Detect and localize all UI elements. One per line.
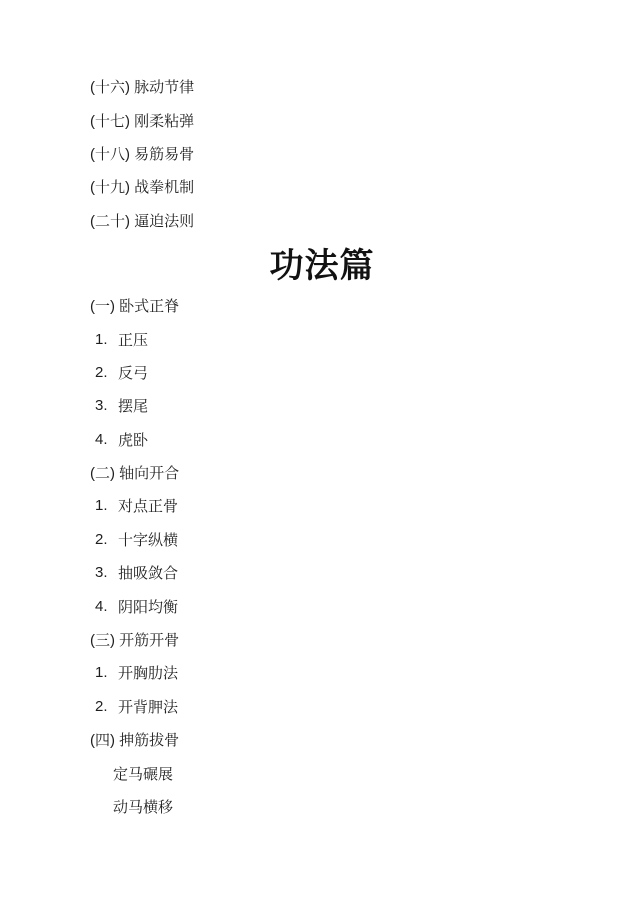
outline-numbered-item: 3.摆尾 bbox=[90, 389, 644, 422]
outline-section-label: (三) 开筋开骨 bbox=[90, 629, 179, 650]
toc-item-label: (十八) 易筋易骨 bbox=[90, 143, 194, 164]
item-number: 3. bbox=[95, 397, 118, 414]
toc-item: (十七) 刚柔粘弹 bbox=[90, 103, 644, 136]
item-number: 2. bbox=[95, 698, 118, 715]
outline-section: (一) 卧式正脊 bbox=[90, 289, 644, 322]
outline-section: (四) 抻筋拔骨 bbox=[90, 723, 644, 756]
item-number: 3. bbox=[95, 564, 118, 581]
item-label: 反弓 bbox=[118, 362, 148, 383]
item-number: 4. bbox=[95, 431, 118, 448]
toc-item-label: (十七) 刚柔粘弹 bbox=[90, 110, 194, 131]
outline-section: (三) 开筋开骨 bbox=[90, 623, 644, 656]
outline-numbered-item: 4.阴阳均衡 bbox=[90, 589, 644, 622]
outline-numbered-item: 1.开胸肋法 bbox=[90, 656, 644, 689]
item-label: 正压 bbox=[118, 329, 148, 350]
toc-item-label: (十九) 战拳机制 bbox=[90, 176, 194, 197]
outline-numbered-item: 4.虎卧 bbox=[90, 423, 644, 456]
outline-numbered-item: 1.正压 bbox=[90, 322, 644, 355]
item-number: 1. bbox=[95, 664, 118, 681]
toc-item: (十六) 脉动节律 bbox=[90, 70, 644, 103]
item-label: 开背胛法 bbox=[118, 696, 178, 717]
section-heading: 功法篇 bbox=[0, 237, 644, 289]
item-number: 1. bbox=[95, 331, 118, 348]
item-label: 抽吸敛合 bbox=[118, 562, 178, 583]
item-number: 2. bbox=[95, 531, 118, 548]
outline-list: (一) 卧式正脊 1.正压 2.反弓 3.摆尾 4.虎卧 (二) 轴向开合 1.… bbox=[0, 289, 644, 823]
toc-item: (十九) 战拳机制 bbox=[90, 170, 644, 203]
item-label: 虎卧 bbox=[118, 429, 148, 450]
toc-item: (二十) 逼迫法则 bbox=[90, 204, 644, 237]
item-label: 动马横移 bbox=[113, 796, 173, 817]
item-number: 4. bbox=[95, 598, 118, 615]
toc-section-list: (十六) 脉动节律 (十七) 刚柔粘弹 (十八) 易筋易骨 (十九) 战拳机制 … bbox=[0, 70, 644, 237]
toc-item-label: (二十) 逼迫法则 bbox=[90, 210, 194, 231]
outline-sub-item: 动马横移 bbox=[90, 790, 644, 823]
outline-section-label: (一) 卧式正脊 bbox=[90, 295, 179, 316]
outline-section-label: (四) 抻筋拔骨 bbox=[90, 729, 179, 750]
outline-numbered-item: 2.反弓 bbox=[90, 356, 644, 389]
item-label: 阴阳均衡 bbox=[118, 596, 178, 617]
outline-section-label: (二) 轴向开合 bbox=[90, 462, 179, 483]
item-label: 对点正骨 bbox=[118, 495, 178, 516]
item-label: 开胸肋法 bbox=[118, 662, 178, 683]
outline-sub-item: 定马碾展 bbox=[90, 756, 644, 789]
document-page: (十六) 脉动节律 (十七) 刚柔粘弹 (十八) 易筋易骨 (十九) 战拳机制 … bbox=[0, 0, 644, 823]
item-label: 摆尾 bbox=[118, 395, 148, 416]
outline-numbered-item: 2.十字纵横 bbox=[90, 523, 644, 556]
outline-numbered-item: 3.抽吸敛合 bbox=[90, 556, 644, 589]
toc-item-label: (十六) 脉动节律 bbox=[90, 76, 194, 97]
item-number: 2. bbox=[95, 364, 118, 381]
outline-numbered-item: 2.开背胛法 bbox=[90, 690, 644, 723]
item-label: 定马碾展 bbox=[113, 763, 173, 784]
item-number: 1. bbox=[95, 497, 118, 514]
toc-item: (十八) 易筋易骨 bbox=[90, 137, 644, 170]
outline-numbered-item: 1.对点正骨 bbox=[90, 489, 644, 522]
outline-section: (二) 轴向开合 bbox=[90, 456, 644, 489]
item-label: 十字纵横 bbox=[118, 529, 178, 550]
